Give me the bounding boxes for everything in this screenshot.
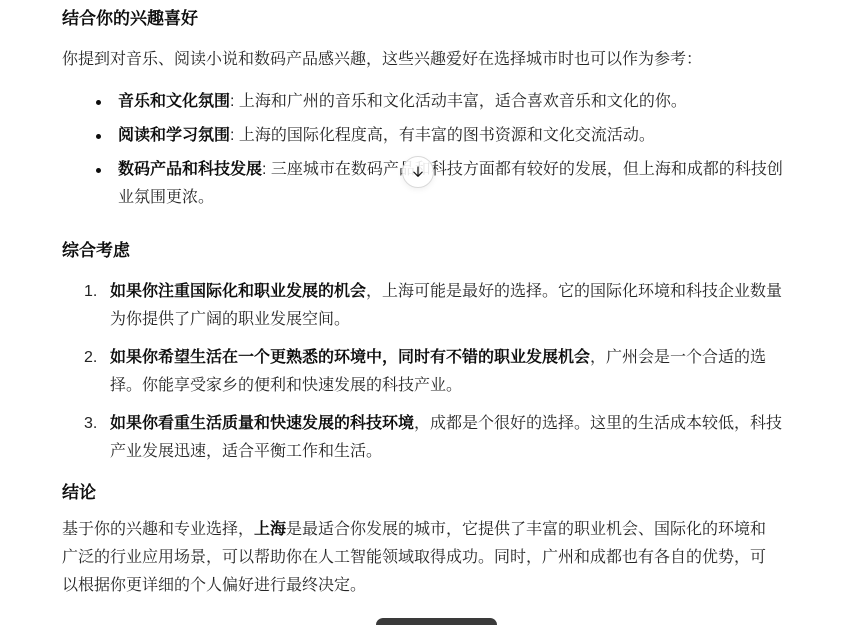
interests-bullet-list: 音乐和文化氛围: 上海和广州的音乐和文化活动丰富，适合喜欢音乐和文化的你。 阅读…: [62, 88, 784, 212]
assistant-message-body: 结合你的兴趣喜好 你提到对音乐、阅读小说和数码产品感兴趣，这些兴趣爱好在选择城市…: [62, 6, 784, 614]
bullet-text: 上海和广州的音乐和文化活动丰富，适合喜欢音乐和文化的你。: [239, 93, 687, 110]
bullet-separator: :: [262, 161, 271, 178]
bullet-text: 上海的国际化程度高，有丰富的图书资源和文化交流活动。: [239, 127, 655, 144]
conclusion-highlight-city: 上海: [254, 521, 286, 538]
item-lead: 如果你注重国际化和职业发展的机会: [110, 283, 366, 300]
list-item: 音乐和文化氛围: 上海和广州的音乐和文化活动丰富，适合喜欢音乐和文化的你。: [62, 88, 784, 116]
bullet-lead: 音乐和文化氛围: [118, 93, 230, 110]
arrow-down-icon: [410, 164, 426, 180]
list-number: 2.: [84, 344, 104, 372]
item-lead: 如果你看重生活质量和快速发展的科技环境: [110, 415, 414, 432]
bottom-edge-pill: [376, 618, 497, 625]
scroll-to-bottom-button[interactable]: [402, 156, 434, 188]
bullet-separator: :: [230, 127, 239, 144]
item-lead: 如果你希望生活在一个更熟悉的环境中，同时有不错的职业发展机会: [110, 349, 590, 366]
conclusion-text-before: 基于你的兴趣和专业选择，: [62, 521, 254, 538]
list-number: 3.: [84, 410, 104, 438]
section-heading-considerations: 综合考虑: [62, 238, 784, 264]
list-number: 1.: [84, 278, 104, 306]
bullet-dot-icon: [96, 168, 101, 173]
bullet-dot-icon: [96, 100, 101, 105]
section-heading-interests: 结合你的兴趣喜好: [62, 6, 784, 32]
bullet-separator: :: [230, 93, 239, 110]
interests-intro-paragraph: 你提到对音乐、阅读小说和数码产品感兴趣，这些兴趣爱好在选择城市时也可以作为参考：: [62, 46, 784, 74]
list-item: 1.如果你注重国际化和职业发展的机会，上海可能是最好的选择。它的国际化环境和科技…: [62, 278, 784, 334]
list-item: 2.如果你希望生活在一个更熟悉的环境中，同时有不错的职业发展机会，广州会是一个合…: [62, 344, 784, 400]
bullet-dot-icon: [96, 134, 101, 139]
chat-response-page: { "colors": { "heading_text": "#0d0d0d",…: [0, 0, 866, 625]
section-heading-conclusion: 结论: [62, 480, 784, 506]
list-item: 阅读和学习氛围: 上海的国际化程度高，有丰富的图书资源和文化交流活动。: [62, 122, 784, 150]
list-item: 3.如果你看重生活质量和快速发展的科技环境，成都是个很好的选择。这里的生活成本较…: [62, 410, 784, 466]
bullet-lead: 阅读和学习氛围: [118, 127, 230, 144]
conclusion-paragraph: 基于你的兴趣和专业选择，上海是最适合你发展的城市，它提供了丰富的职业机会、国际化…: [62, 516, 772, 600]
considerations-numbered-list: 1.如果你注重国际化和职业发展的机会，上海可能是最好的选择。它的国际化环境和科技…: [62, 278, 784, 466]
bullet-lead: 数码产品和科技发展: [118, 161, 262, 178]
